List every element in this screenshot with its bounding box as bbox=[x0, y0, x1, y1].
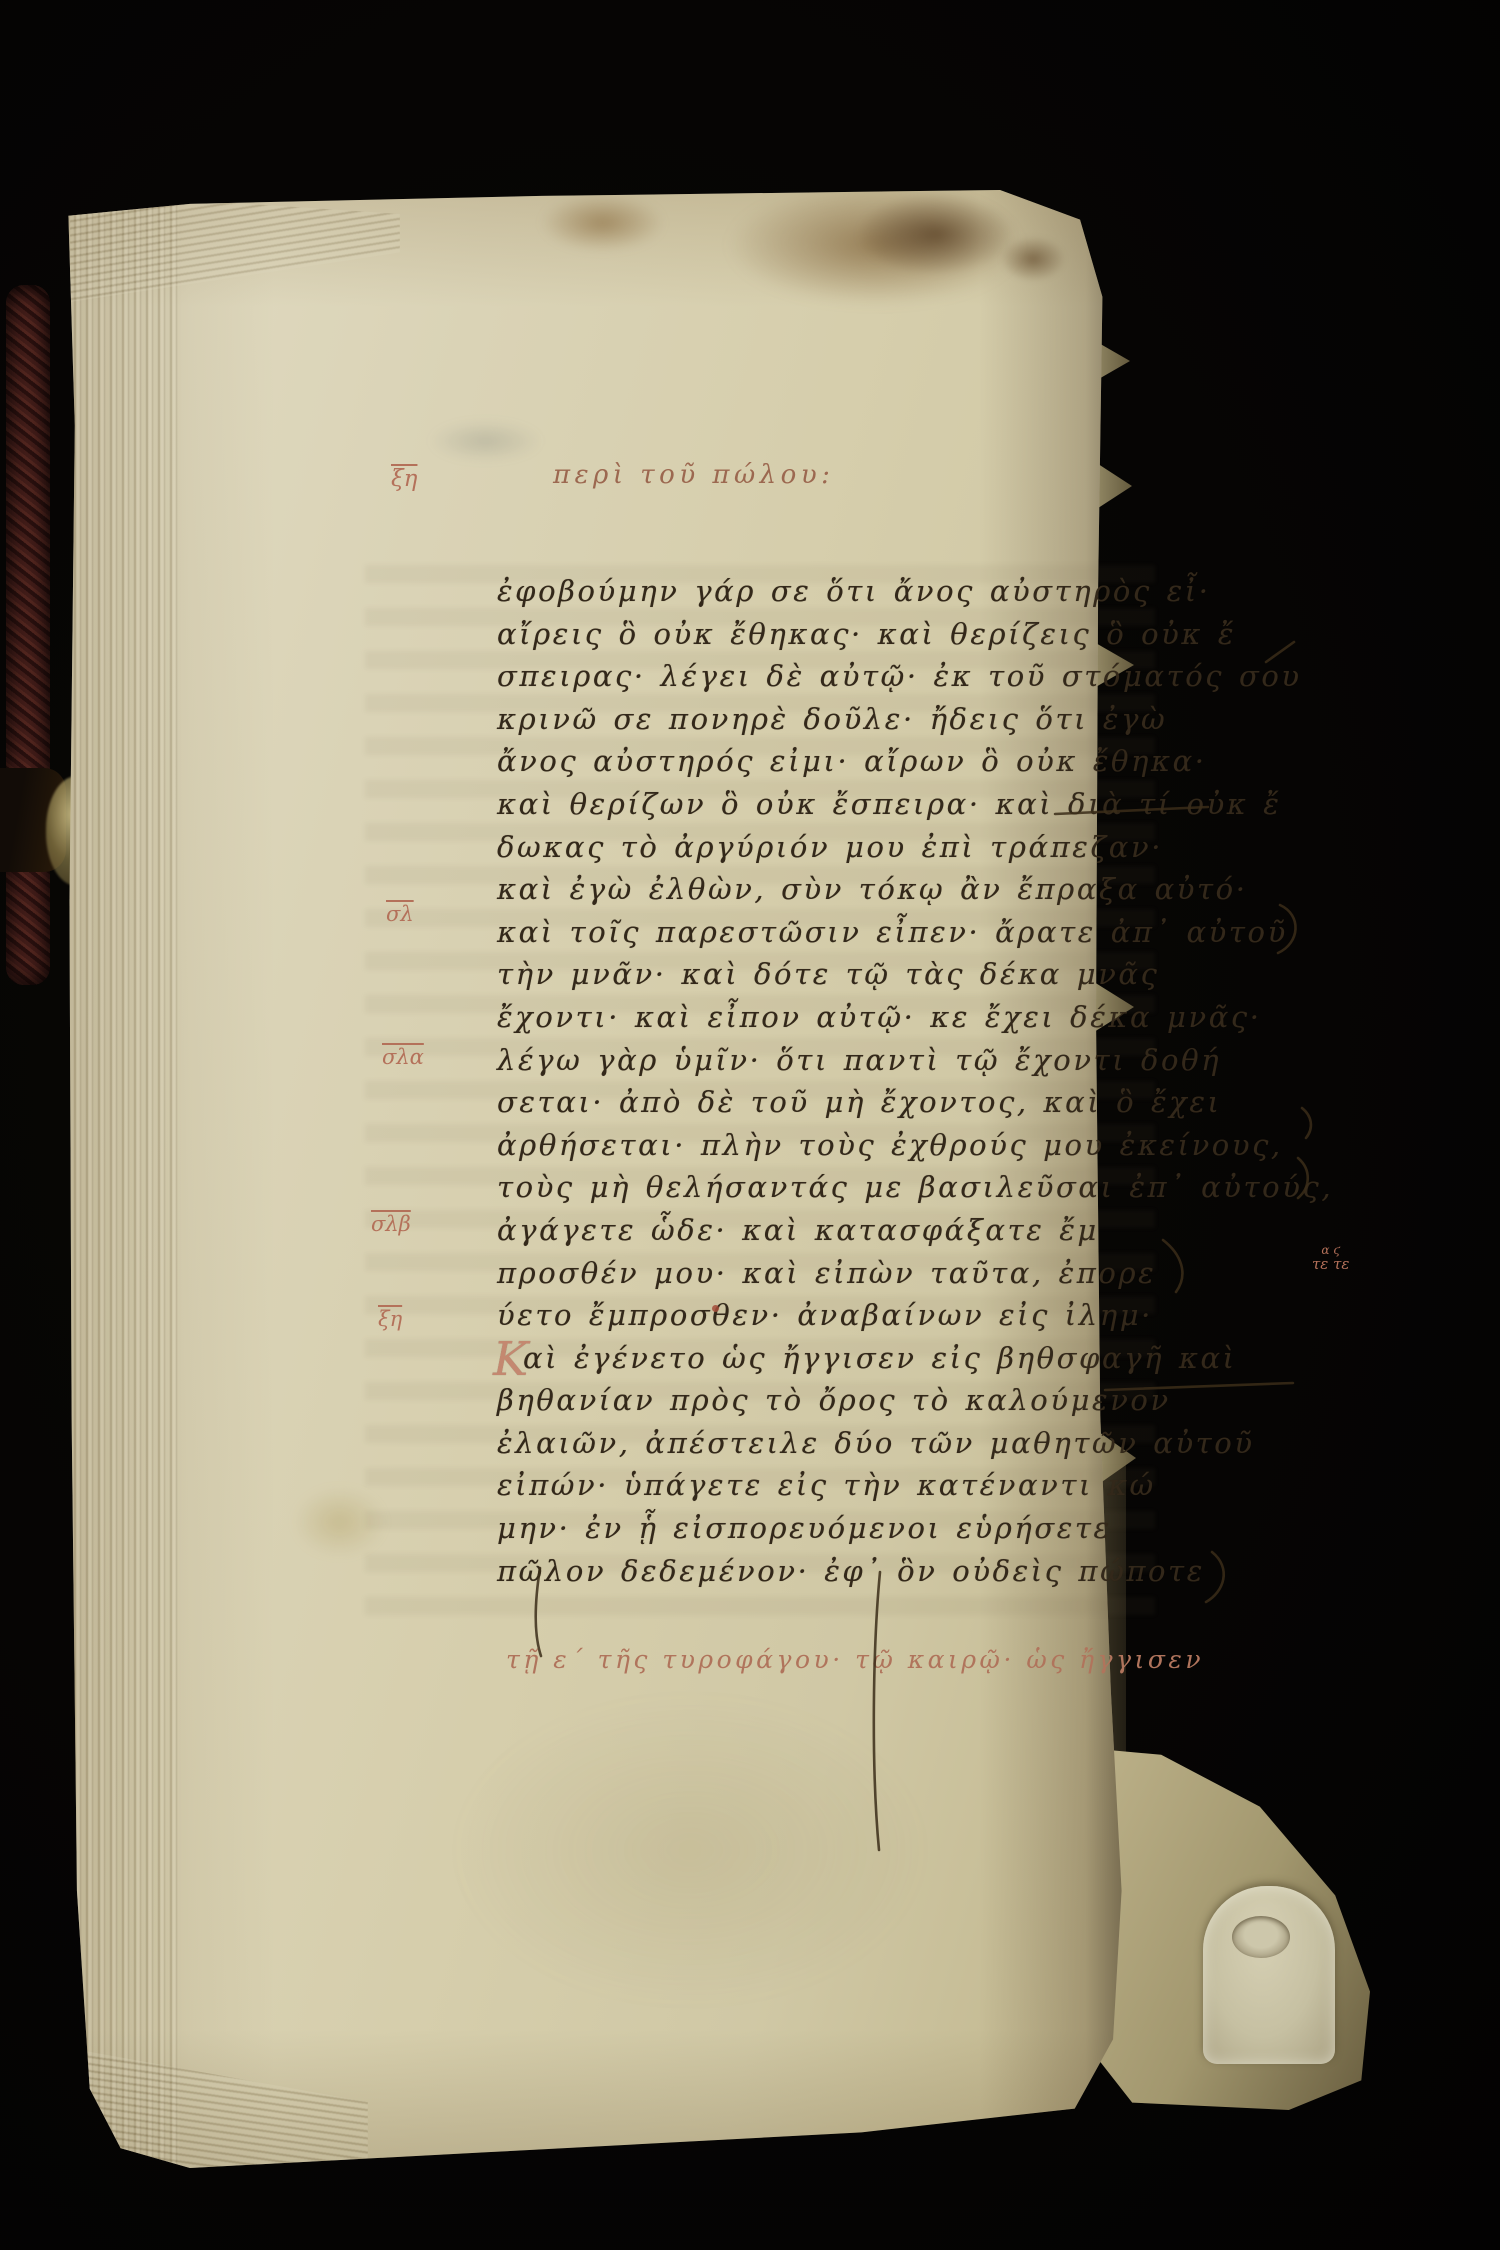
text-line: σεται· ἀπὸ δὲ τοῦ μὴ ἔχοντος, καὶ ὃ ἔχει bbox=[497, 1085, 1333, 1128]
stain bbox=[540, 194, 665, 252]
chapter-rubric: περὶ τοῦ πώλου: bbox=[553, 460, 834, 490]
text-line-content: μην· ἐν ᾗ εἰσπορευόμενοι εὑρήσετε bbox=[497, 1511, 1112, 1545]
text-line: ἄνος αὐστηρός εἰμι· αἴρων ὃ οὐκ ἔθηκα· bbox=[497, 744, 1333, 787]
text-block: ἐφοβούμην γάρ σε ὅτι ἄνος αὐστηρὸς εἶ·αἴ… bbox=[497, 574, 1333, 1596]
text-line-content: πῶλον δεδεμένον· ἐφ᾿ ὃν οὐδεὶς πώποτε bbox=[497, 1554, 1205, 1588]
text-line: ἀγάγετε ὧδε· καὶ κατασφάξατε ἔμ bbox=[497, 1213, 1333, 1256]
text-line: εἰπών· ὑπάγετε εἰς τὴν κατέναντι κώ bbox=[497, 1468, 1333, 1511]
text-line: κρινῶ σε πονηρὲ δοῦλε· ἤδεις ὅτι ἐγὼ bbox=[497, 702, 1333, 745]
text-line: ύετο ἔμπροσθεν· ἀναβαίνων εἰς ἰλημ· bbox=[497, 1298, 1333, 1341]
rubricated-initial: Κ bbox=[467, 1332, 528, 1387]
text-line-content: αἴρεις ὃ οὐκ ἔθηκας· καὶ θερίζεις ὃ οὐκ … bbox=[497, 617, 1236, 651]
lection-incipit-rubric: τῇ ε΄ τῆς τυροφάγου· τῷ καιρῷ· ὡς ἤγγισε… bbox=[506, 1645, 1204, 1674]
red-punctuation-dot bbox=[712, 1305, 719, 1312]
text-line-content: τὴν μνᾶν· καὶ δότε τῷ τὰς δέκα μνᾶς bbox=[497, 957, 1159, 991]
kephalaion-number-margin: ξη bbox=[378, 1307, 402, 1331]
text-line-content: ἀγάγετε ὧδε· καὶ κατασφάξατε ἔμ bbox=[497, 1213, 1099, 1247]
text-line-content: ἀρθήσεται· πλὴν τοὺς ἐχθρούς μου ἐκείνου… bbox=[497, 1128, 1283, 1162]
text-line-content: καὶ τοῖς παρεστῶσιν εἶπεν· ἄρατε ἀπ᾿ αὐτ… bbox=[497, 915, 1288, 949]
text-line: αἴρεις ὃ οὐκ ἔθηκας· καὶ θερίζεις ὃ οὐκ … bbox=[497, 617, 1333, 660]
text-line: βηθανίαν πρὸς τὸ ὄρος τὸ καλούμενον bbox=[497, 1383, 1333, 1426]
stain bbox=[1000, 236, 1066, 282]
ammonian-section-number: σλβ bbox=[371, 1212, 411, 1236]
text-line-content: λέγω γὰρ ὑμῖν· ὅτι παντὶ τῷ ἔχοντι δοθή bbox=[497, 1043, 1221, 1077]
stain bbox=[460, 1700, 920, 2000]
text-line: καὶ θερίζων ὃ οὐκ ἔσπειρα· καὶ διὰ τί οὐ… bbox=[497, 787, 1333, 830]
text-line-content: ἄνος αὐστηρός εἰμι· αἴρων ὃ οὐκ ἔθηκα· bbox=[497, 744, 1207, 778]
text-line: ἔχοντι· καὶ εἶπον αὐτῷ· κε ἔχει δέκα μνᾶ… bbox=[497, 1000, 1333, 1043]
text-line: ἐλαιῶν, ἀπέστειλε δύο τῶν μαθητῶν αὐτοῦ bbox=[497, 1426, 1333, 1469]
text-line-content: σεται· ἀπὸ δὲ τοῦ μὴ ἔχοντος, καὶ ὃ ἔχει bbox=[497, 1085, 1221, 1119]
text-line-content: ύετο ἔμπροσθεν· ἀναβαίνων εἰς ἰλημ· bbox=[497, 1298, 1153, 1332]
text-line-content: σπειρας· λέγει δὲ αὐτῷ· ἐκ τοῦ στόματός … bbox=[497, 659, 1302, 693]
text-line: ἀρθήσεται· πλὴν τοὺς ἐχθρούς μου ἐκείνου… bbox=[497, 1128, 1333, 1171]
ammonian-section-number: σλα bbox=[382, 1045, 424, 1069]
text-line-content: προσθέν μου· καὶ εἰπὼν ταῦτα, ἐπορε bbox=[497, 1256, 1156, 1290]
text-line-content: κρινῶ σε πονηρὲ δοῦλε· ἤδεις ὅτι ἐγὼ bbox=[497, 702, 1167, 736]
text-line-content: εἰπών· ὑπάγετε εἰς τὴν κατέναντι κώ bbox=[497, 1468, 1156, 1502]
text-line: προσθέν μου· καὶ εἰπὼν ταῦτα, ἐπορε bbox=[497, 1256, 1333, 1299]
text-line: δωκας τὸ ἀργύριόν μου ἐπὶ τράπεζαν· bbox=[497, 830, 1333, 873]
text-line-content: βηθανίαν πρὸς τὸ ὄρος τὸ καλούμενον bbox=[497, 1383, 1171, 1417]
text-line: λέγω γὰρ ὑμῖν· ὅτι παντὶ τῷ ἔχοντι δοθή bbox=[497, 1043, 1333, 1086]
stain bbox=[856, 192, 1016, 276]
text-line-content: ἔχοντι· καὶ εἶπον αὐτῷ· κε ἔχει δέκα μνᾶ… bbox=[497, 1000, 1262, 1034]
smudge bbox=[428, 420, 543, 462]
ammonian-section-number: σλ bbox=[386, 902, 414, 926]
text-line: τοὺς μὴ θελήσαντάς με βασιλεῦσαι ἐπ᾿ αὐτ… bbox=[497, 1170, 1333, 1213]
text-line-content: ἐφοβούμην γάρ σε ὅτι ἄνος αὐστηρὸς εἶ· bbox=[497, 574, 1211, 608]
text-line-content: αὶ ἐγένετο ὡς ἤγγισεν εἰς βηθσφαγῆ καὶ bbox=[523, 1341, 1237, 1375]
text-line-content: τοὺς μὴ θελήσαντάς με βασιλεῦσαι ἐπ᾿ αὐτ… bbox=[497, 1170, 1333, 1204]
text-line: τὴν μνᾶν· καὶ δότε τῷ τὰς δέκα μνᾶς bbox=[497, 957, 1333, 1000]
text-line-content: καὶ ἐγὼ ἐλθὼν, σὺν τόκῳ ἂν ἔπραξα αὐτό· bbox=[497, 872, 1248, 906]
book-cover-edge bbox=[6, 285, 50, 985]
text-line-content: δωκας τὸ ἀργύριόν μου ἐπὶ τράπεζαν· bbox=[497, 830, 1163, 864]
parchment-tab bbox=[1203, 1886, 1335, 2064]
text-line: καὶ ἐγὼ ἐλθὼν, σὺν τόκῳ ἂν ἔπραξα αὐτό· bbox=[497, 872, 1333, 915]
manuscript-photo: ξη περὶ τοῦ πώλου: σλ σλα σλβ ξη α ϛ τε … bbox=[0, 0, 1500, 2250]
leaf-edge-striations bbox=[62, 188, 180, 2168]
parchment-tab-hole bbox=[1232, 1916, 1290, 1958]
text-line: μην· ἐν ᾗ εἰσπορευόμενοι εὑρήσετε bbox=[497, 1511, 1333, 1554]
text-line-content: ἐλαιῶν, ἀπέστειλε δύο τῶν μαθητῶν αὐτοῦ bbox=[497, 1426, 1255, 1460]
text-line: καὶ τοῖς παρεστῶσιν εἶπεν· ἄρατε ἀπ᾿ αὐτ… bbox=[497, 915, 1333, 958]
kephalaion-number-top: ξη bbox=[391, 466, 417, 492]
text-line: Καὶ ἐγένετο ὡς ἤγγισεν εἰς βηθσφαγῆ καὶ bbox=[497, 1341, 1333, 1384]
text-line-content: καὶ θερίζων ὃ οὐκ ἔσπειρα· καὶ διὰ τί οὐ… bbox=[497, 787, 1281, 821]
text-line: σπειρας· λέγει δὲ αὐτῷ· ἐκ τοῦ στόματός … bbox=[497, 659, 1333, 702]
text-line: ἐφοβούμην γάρ σε ὅτι ἄνος αὐστηρὸς εἶ· bbox=[497, 574, 1333, 617]
text-line: πῶλον δεδεμένον· ἐφ᾿ ὃν οὐδεὶς πώποτε bbox=[497, 1554, 1333, 1597]
